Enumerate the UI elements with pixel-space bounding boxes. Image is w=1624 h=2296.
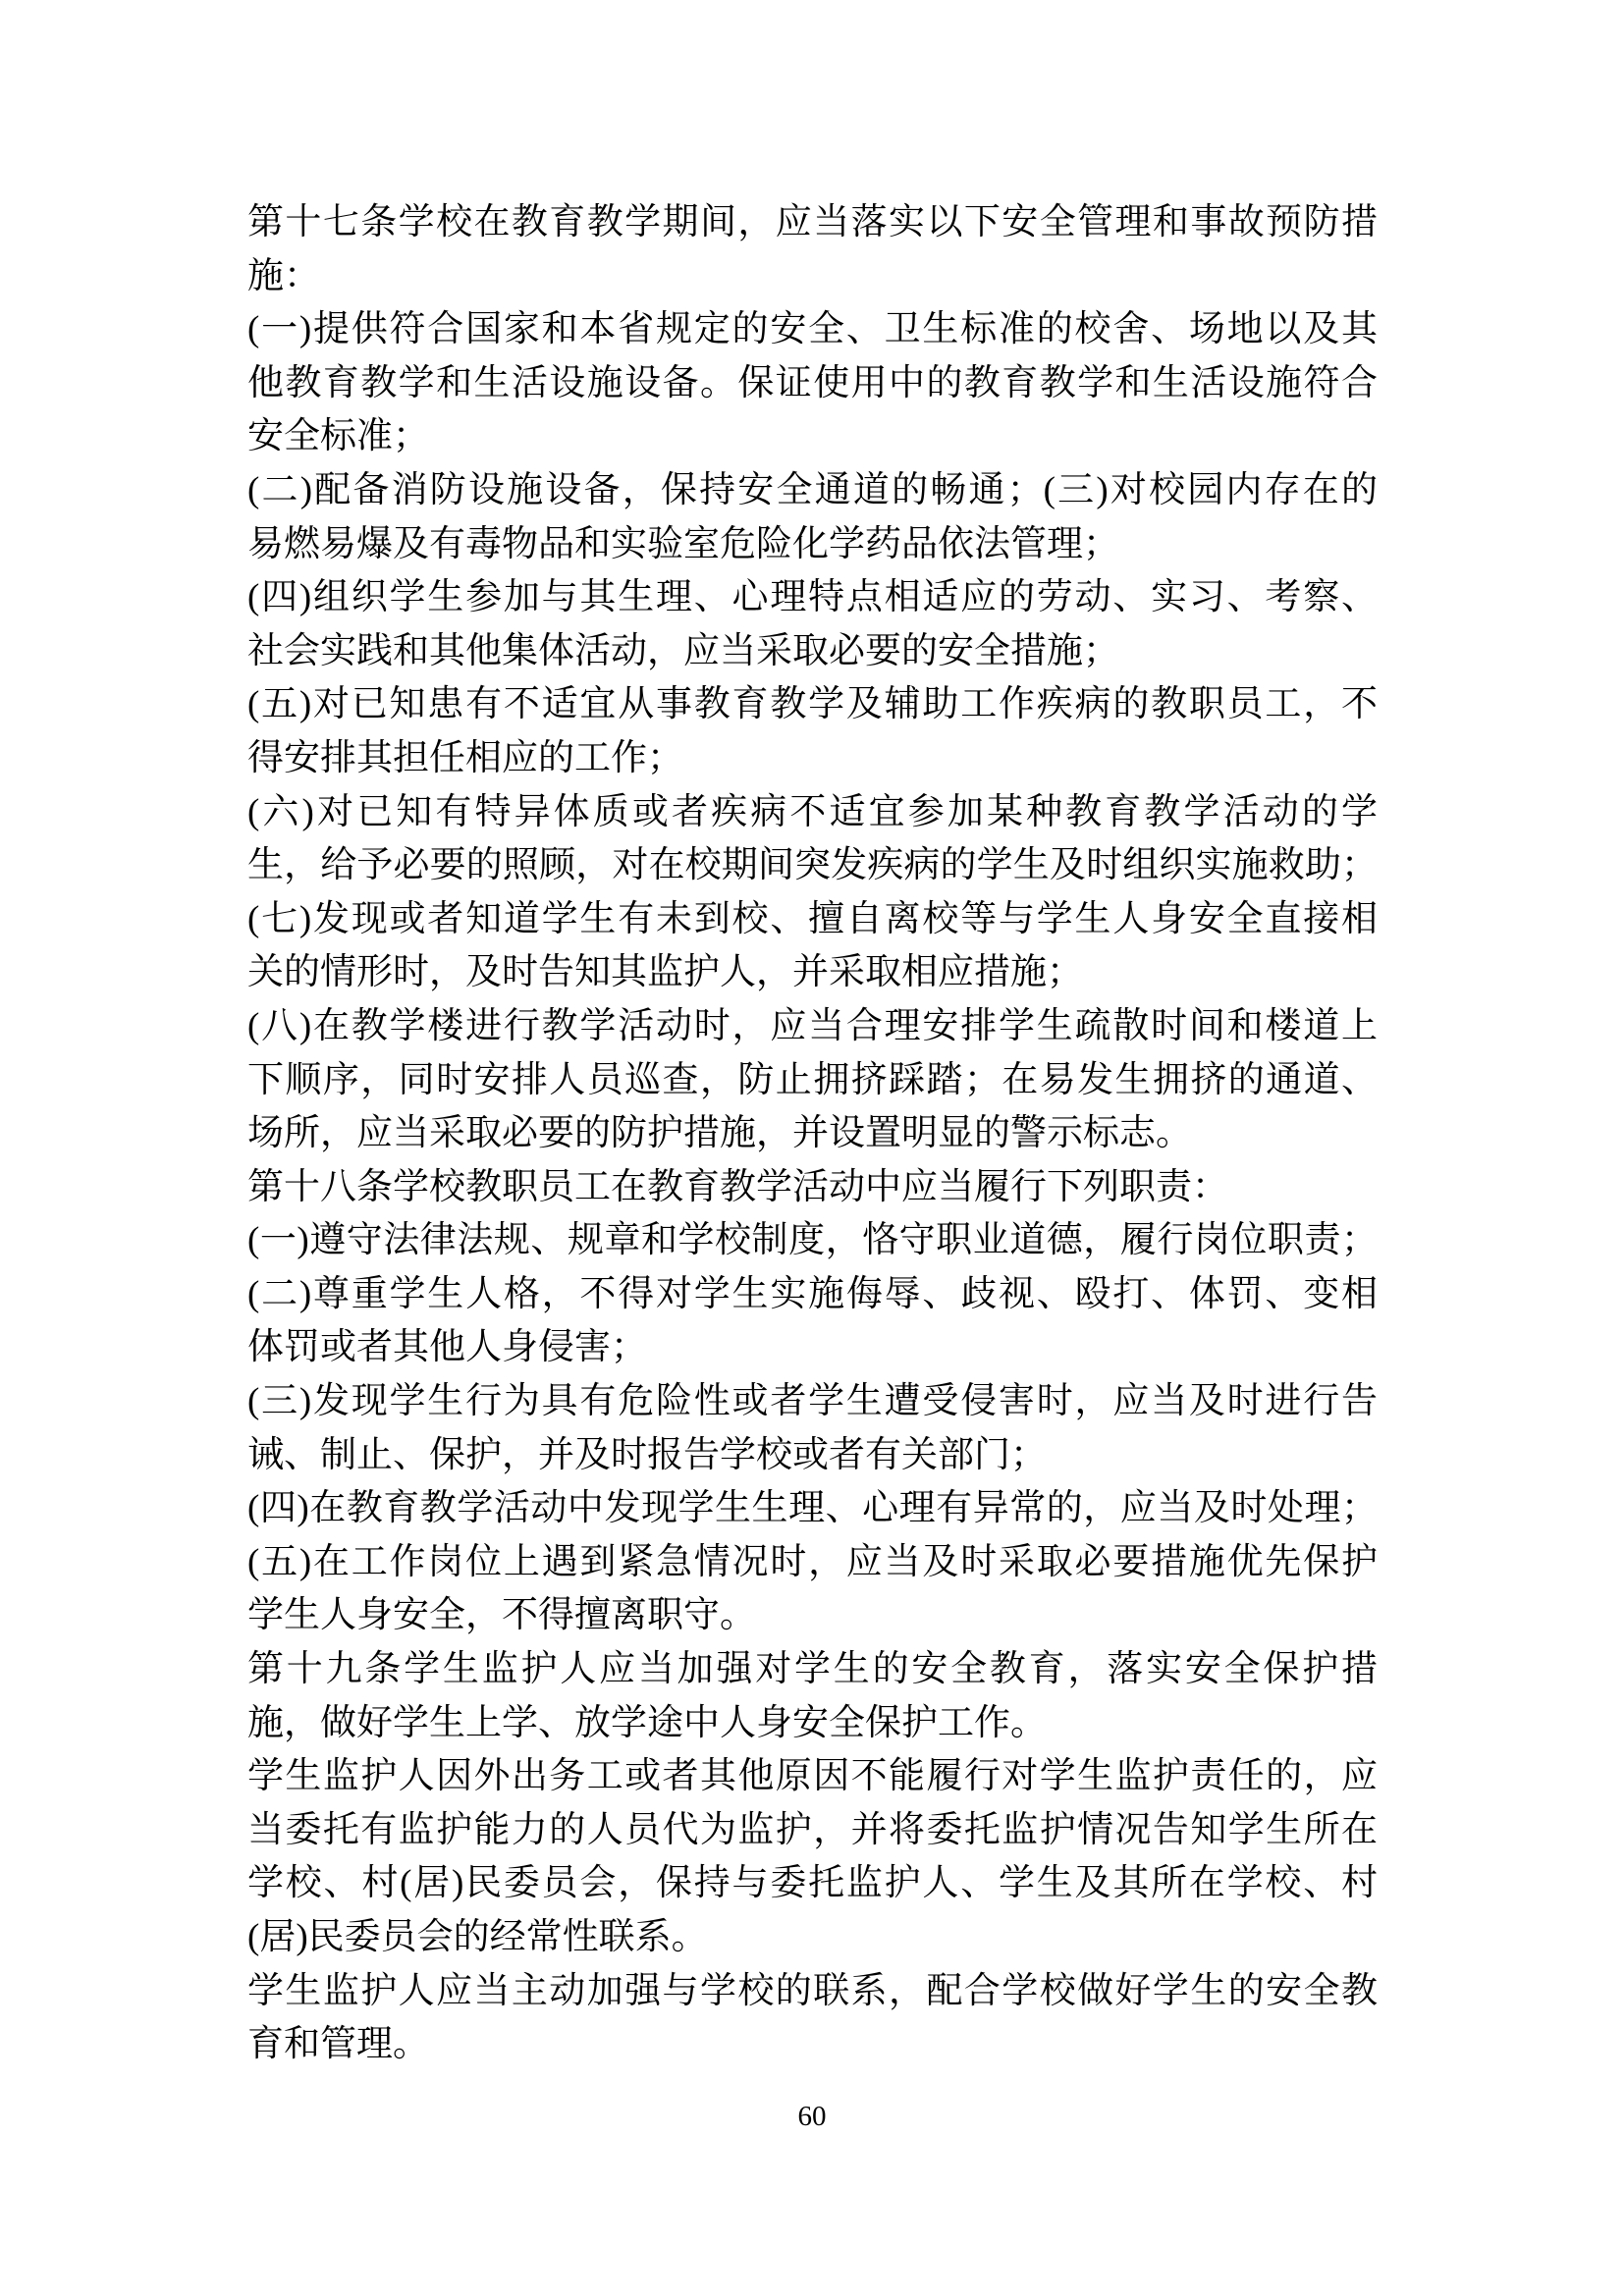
page-number: 60 (0, 2099, 1624, 2134)
document-text-block: 第十七条学校在教育教学期间，应当落实以下安全管理和事故预防措施：(一)提供符合国… (247, 196, 1378, 2072)
text-line: 诫、制止、保护，并及时报告学校或者有关部门； (247, 1429, 1378, 1483)
text-line: 学校、村(居)民委员会，保持与委托监护人、学生及其所在学校、村 (247, 1857, 1378, 1911)
text-line: 学生监护人因外出务工或者其他原因不能履行对学生监护责任的，应 (247, 1750, 1378, 1804)
text-line: 育和管理。 (247, 2018, 1378, 2072)
text-line: 易燃易爆及有毒物品和实验室危险化学药品依法管理； (247, 518, 1378, 572)
text-line: 学生监护人应当主动加强与学校的联系，配合学校做好学生的安全教 (247, 1965, 1378, 2019)
text-line: 第十八条学校教职员工在教育教学活动中应当履行下列职责： (247, 1161, 1378, 1215)
text-line: 学生人身安全，不得擅离职守。 (247, 1589, 1378, 1643)
text-line: 当委托有监护能力的人员代为监护，并将委托监护情况告知学生所在 (247, 1804, 1378, 1858)
text-line: (二)尊重学生人格，不得对学生实施侮辱、歧视、殴打、体罚、变相 (247, 1268, 1378, 1322)
text-line: 第十九条学生监护人应当加强对学生的安全教育，落实安全保护措 (247, 1643, 1378, 1697)
text-line: 安全标准； (247, 410, 1378, 464)
text-line: (三)发现学生行为具有危险性或者学生遭受侵害时，应当及时进行告 (247, 1375, 1378, 1429)
document-page: 第十七条学校在教育教学期间，应当落实以下安全管理和事故预防措施：(一)提供符合国… (0, 0, 1624, 2296)
text-line: 施，做好学生上学、放学途中人身安全保护工作。 (247, 1697, 1378, 1751)
text-line: (五)在工作岗位上遇到紧急情况时，应当及时采取必要措施优先保护 (247, 1536, 1378, 1590)
text-line: (一)遵守法律法规、规章和学校制度，恪守职业道德，履行岗位职责； (247, 1214, 1378, 1268)
text-line: 关的情形时，及时告知其监护人，并采取相应措施； (247, 946, 1378, 1000)
text-line: (五)对已知患有不适宜从事教育教学及辅助工作疾病的教职员工，不 (247, 678, 1378, 732)
text-line: (八)在教学楼进行教学活动时，应当合理安排学生疏散时间和楼道上 (247, 1000, 1378, 1054)
text-line: 施： (247, 250, 1378, 304)
text-line: 第十七条学校在教育教学期间，应当落实以下安全管理和事故预防措 (247, 196, 1378, 250)
text-line: 社会实践和其他集体活动，应当采取必要的安全措施； (247, 625, 1378, 679)
text-line: (二)配备消防设施设备，保持安全通道的畅通；(三)对校园内存在的 (247, 464, 1378, 518)
text-line: (一)提供符合国家和本省规定的安全、卫生标准的校舍、场地以及其 (247, 303, 1378, 357)
text-line: 得安排其担任相应的工作； (247, 732, 1378, 786)
text-line: 他教育教学和生活设施设备。保证使用中的教育教学和生活设施符合 (247, 357, 1378, 411)
text-line: (六)对已知有特异体质或者疾病不适宜参加某种教育教学活动的学 (247, 786, 1378, 840)
text-line: (七)发现或者知道学生有未到校、擅自离校等与学生人身安全直接相 (247, 893, 1378, 947)
text-line: (四)在教育教学活动中发现学生生理、心理有异常的，应当及时处理； (247, 1482, 1378, 1536)
text-line: (居)民委员会的经常性联系。 (247, 1911, 1378, 1965)
text-line: 生，给予必要的照顾，对在校期间突发疾病的学生及时组织实施救助； (247, 839, 1378, 893)
text-line: (四)组织学生参加与其生理、心理特点相适应的劳动、实习、考察、 (247, 571, 1378, 625)
text-line: 下顺序，同时安排人员巡查，防止拥挤踩踏；在易发生拥挤的通道、 (247, 1054, 1378, 1108)
text-line: 体罚或者其他人身侵害； (247, 1321, 1378, 1375)
text-line: 场所，应当采取必要的防护措施，并设置明显的警示标志。 (247, 1107, 1378, 1161)
